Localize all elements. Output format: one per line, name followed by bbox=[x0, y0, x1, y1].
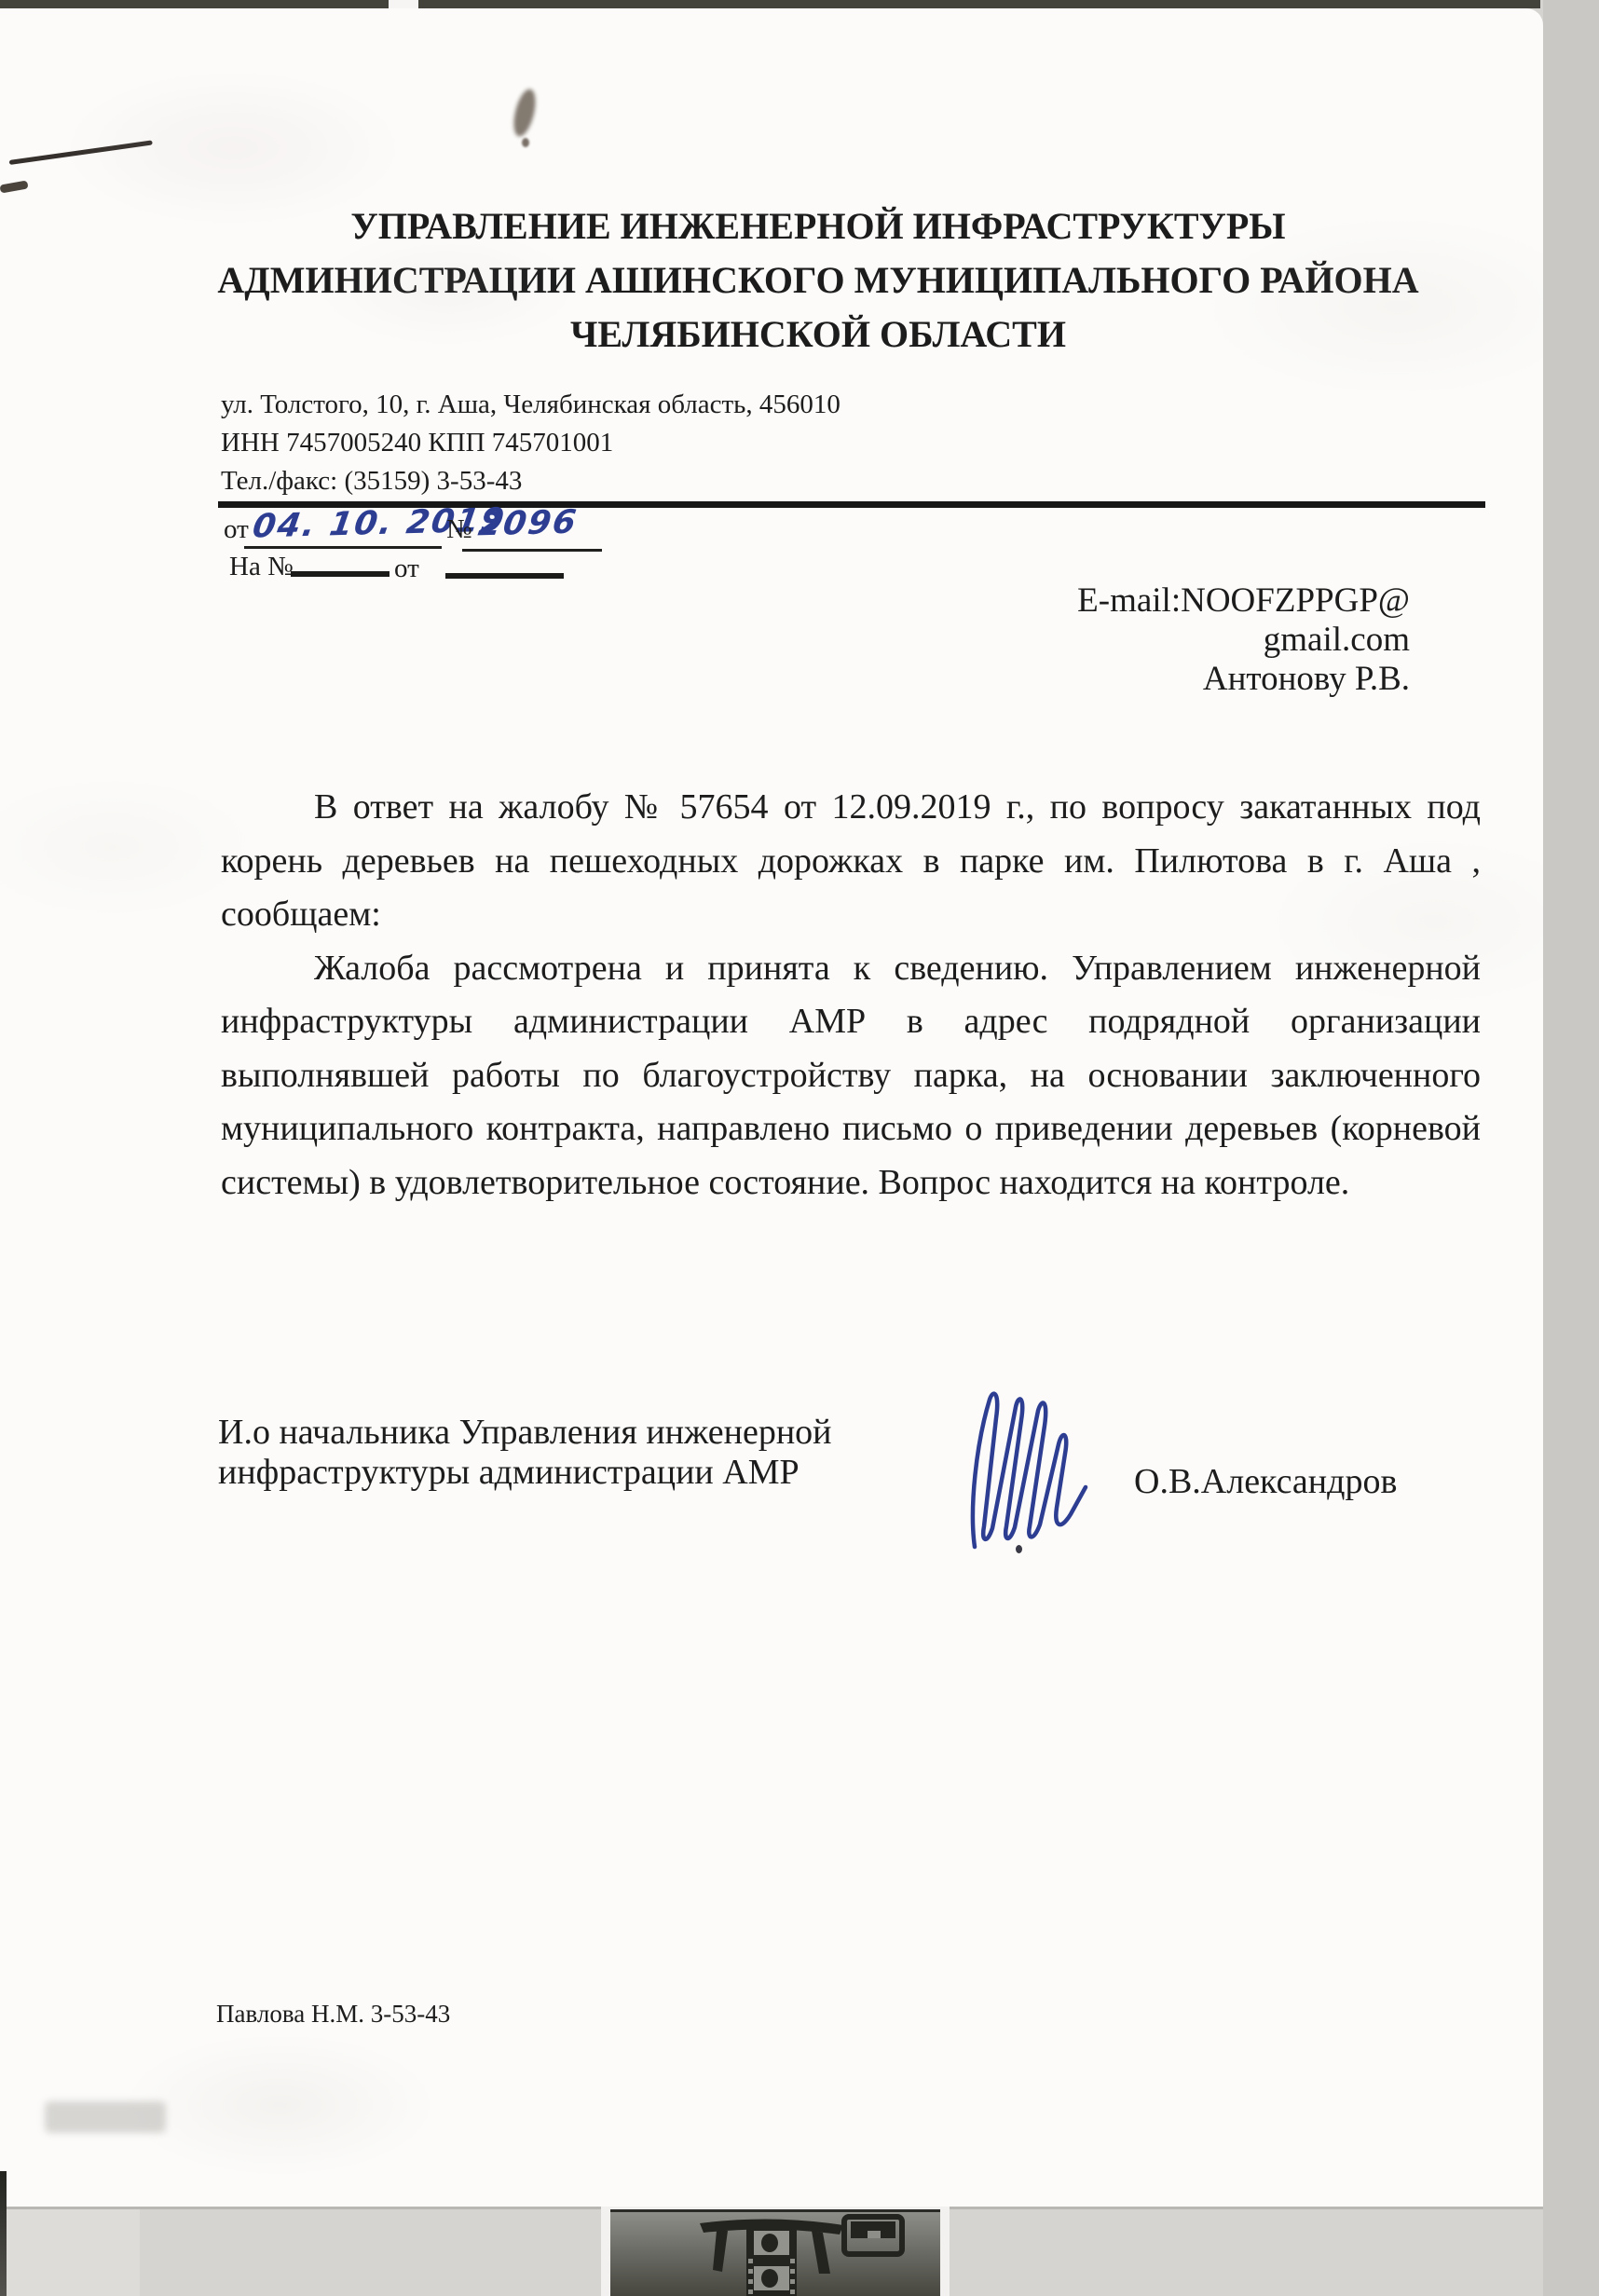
recipient-block: E-mail:NOOFZPPGP@ gmail.com Антонову Р.В… bbox=[944, 581, 1410, 699]
film-strip-icon bbox=[692, 2212, 851, 2296]
recipient-email: E-mail:NOOFZPPGP@ gmail.com bbox=[944, 581, 1410, 660]
scan-top-edge bbox=[0, 0, 1540, 8]
scanner-deck-highlight bbox=[0, 2205, 140, 2296]
scanner-right-margin bbox=[1543, 0, 1599, 2296]
ot2-blank-underline bbox=[445, 573, 564, 579]
ref-no-label: № bbox=[446, 514, 472, 545]
number-underline bbox=[462, 549, 602, 552]
na-no-blank-underline bbox=[291, 571, 389, 577]
ink-smudge-small-artifact bbox=[522, 138, 529, 147]
letterhead-address: ул. Толстого, 10, г. Аша, Челябинская об… bbox=[221, 386, 840, 424]
signer-position-line1: И.о начальника Управления инженерной bbox=[218, 1413, 870, 1453]
org-name-line2: АДМИНИСТРАЦИИ АШИНСКОГО МУНИЦИПАЛЬНОГО Р… bbox=[166, 253, 1470, 307]
ghost-text-smudge bbox=[45, 2101, 166, 2133]
ref-ot-label: от bbox=[224, 514, 249, 545]
scanner-control-panel bbox=[601, 2207, 950, 2296]
handwritten-signature bbox=[962, 1387, 1109, 1552]
image-icon bbox=[841, 2214, 907, 2257]
signer-position-line2: инфраструктуры администрации АМР bbox=[218, 1453, 870, 1493]
recipient-name: Антонову Р.В. bbox=[944, 660, 1410, 699]
ref-na-no-label: На № bbox=[229, 552, 294, 582]
scanner-panel-surface bbox=[610, 2209, 940, 2296]
ref-ot2-label: от bbox=[394, 553, 419, 584]
date-underline bbox=[244, 546, 442, 549]
letterhead-org-name: УПРАВЛЕНИЕ ИНЖЕНЕРНОЙ ИНФРАСТРУКТУРЫ АДМ… bbox=[166, 199, 1470, 362]
org-name-line3: ЧЕЛЯБИНСКОЙ ОБЛАСТИ bbox=[166, 307, 1470, 362]
letterhead-inn-kpp: ИНН 7457005240 КПП 745701001 bbox=[221, 424, 840, 462]
signer-position-block: И.о начальника Управления инженерной инф… bbox=[218, 1413, 870, 1493]
letterhead-contact-block: ул. Толстого, 10, г. Аша, Челябинская об… bbox=[221, 386, 840, 500]
signer-name: О.В.Александров bbox=[1134, 1461, 1397, 1502]
letterhead-phone: Тел./факс: (35159) 3-53-43 bbox=[221, 462, 840, 500]
ink-dot-artifact bbox=[1016, 1545, 1022, 1553]
executor-contact: Павлова Н.М. 3-53-43 bbox=[216, 2000, 450, 2029]
handwritten-number: 2096 bbox=[476, 504, 581, 544]
body-paragraph-1: В ответ на жалобу № 57654 от 12.09.2019 … bbox=[221, 781, 1481, 942]
scan-top-edge-gap bbox=[389, 0, 418, 8]
scanned-letter-page: УПРАВЛЕНИЕ ИНЖЕНЕРНОЙ ИНФРАСТРУКТУРЫ АДМ… bbox=[0, 0, 1599, 2296]
scan-left-edge-artifact bbox=[0, 2171, 7, 2296]
letter-body: В ответ на жалобу № 57654 от 12.09.2019 … bbox=[221, 781, 1481, 1209]
org-name-line1: УПРАВЛЕНИЕ ИНЖЕНЕРНОЙ ИНФРАСТРУКТУРЫ bbox=[166, 199, 1470, 253]
body-paragraph-2: Жалоба рассмотрена и принята к сведению.… bbox=[221, 942, 1481, 1210]
